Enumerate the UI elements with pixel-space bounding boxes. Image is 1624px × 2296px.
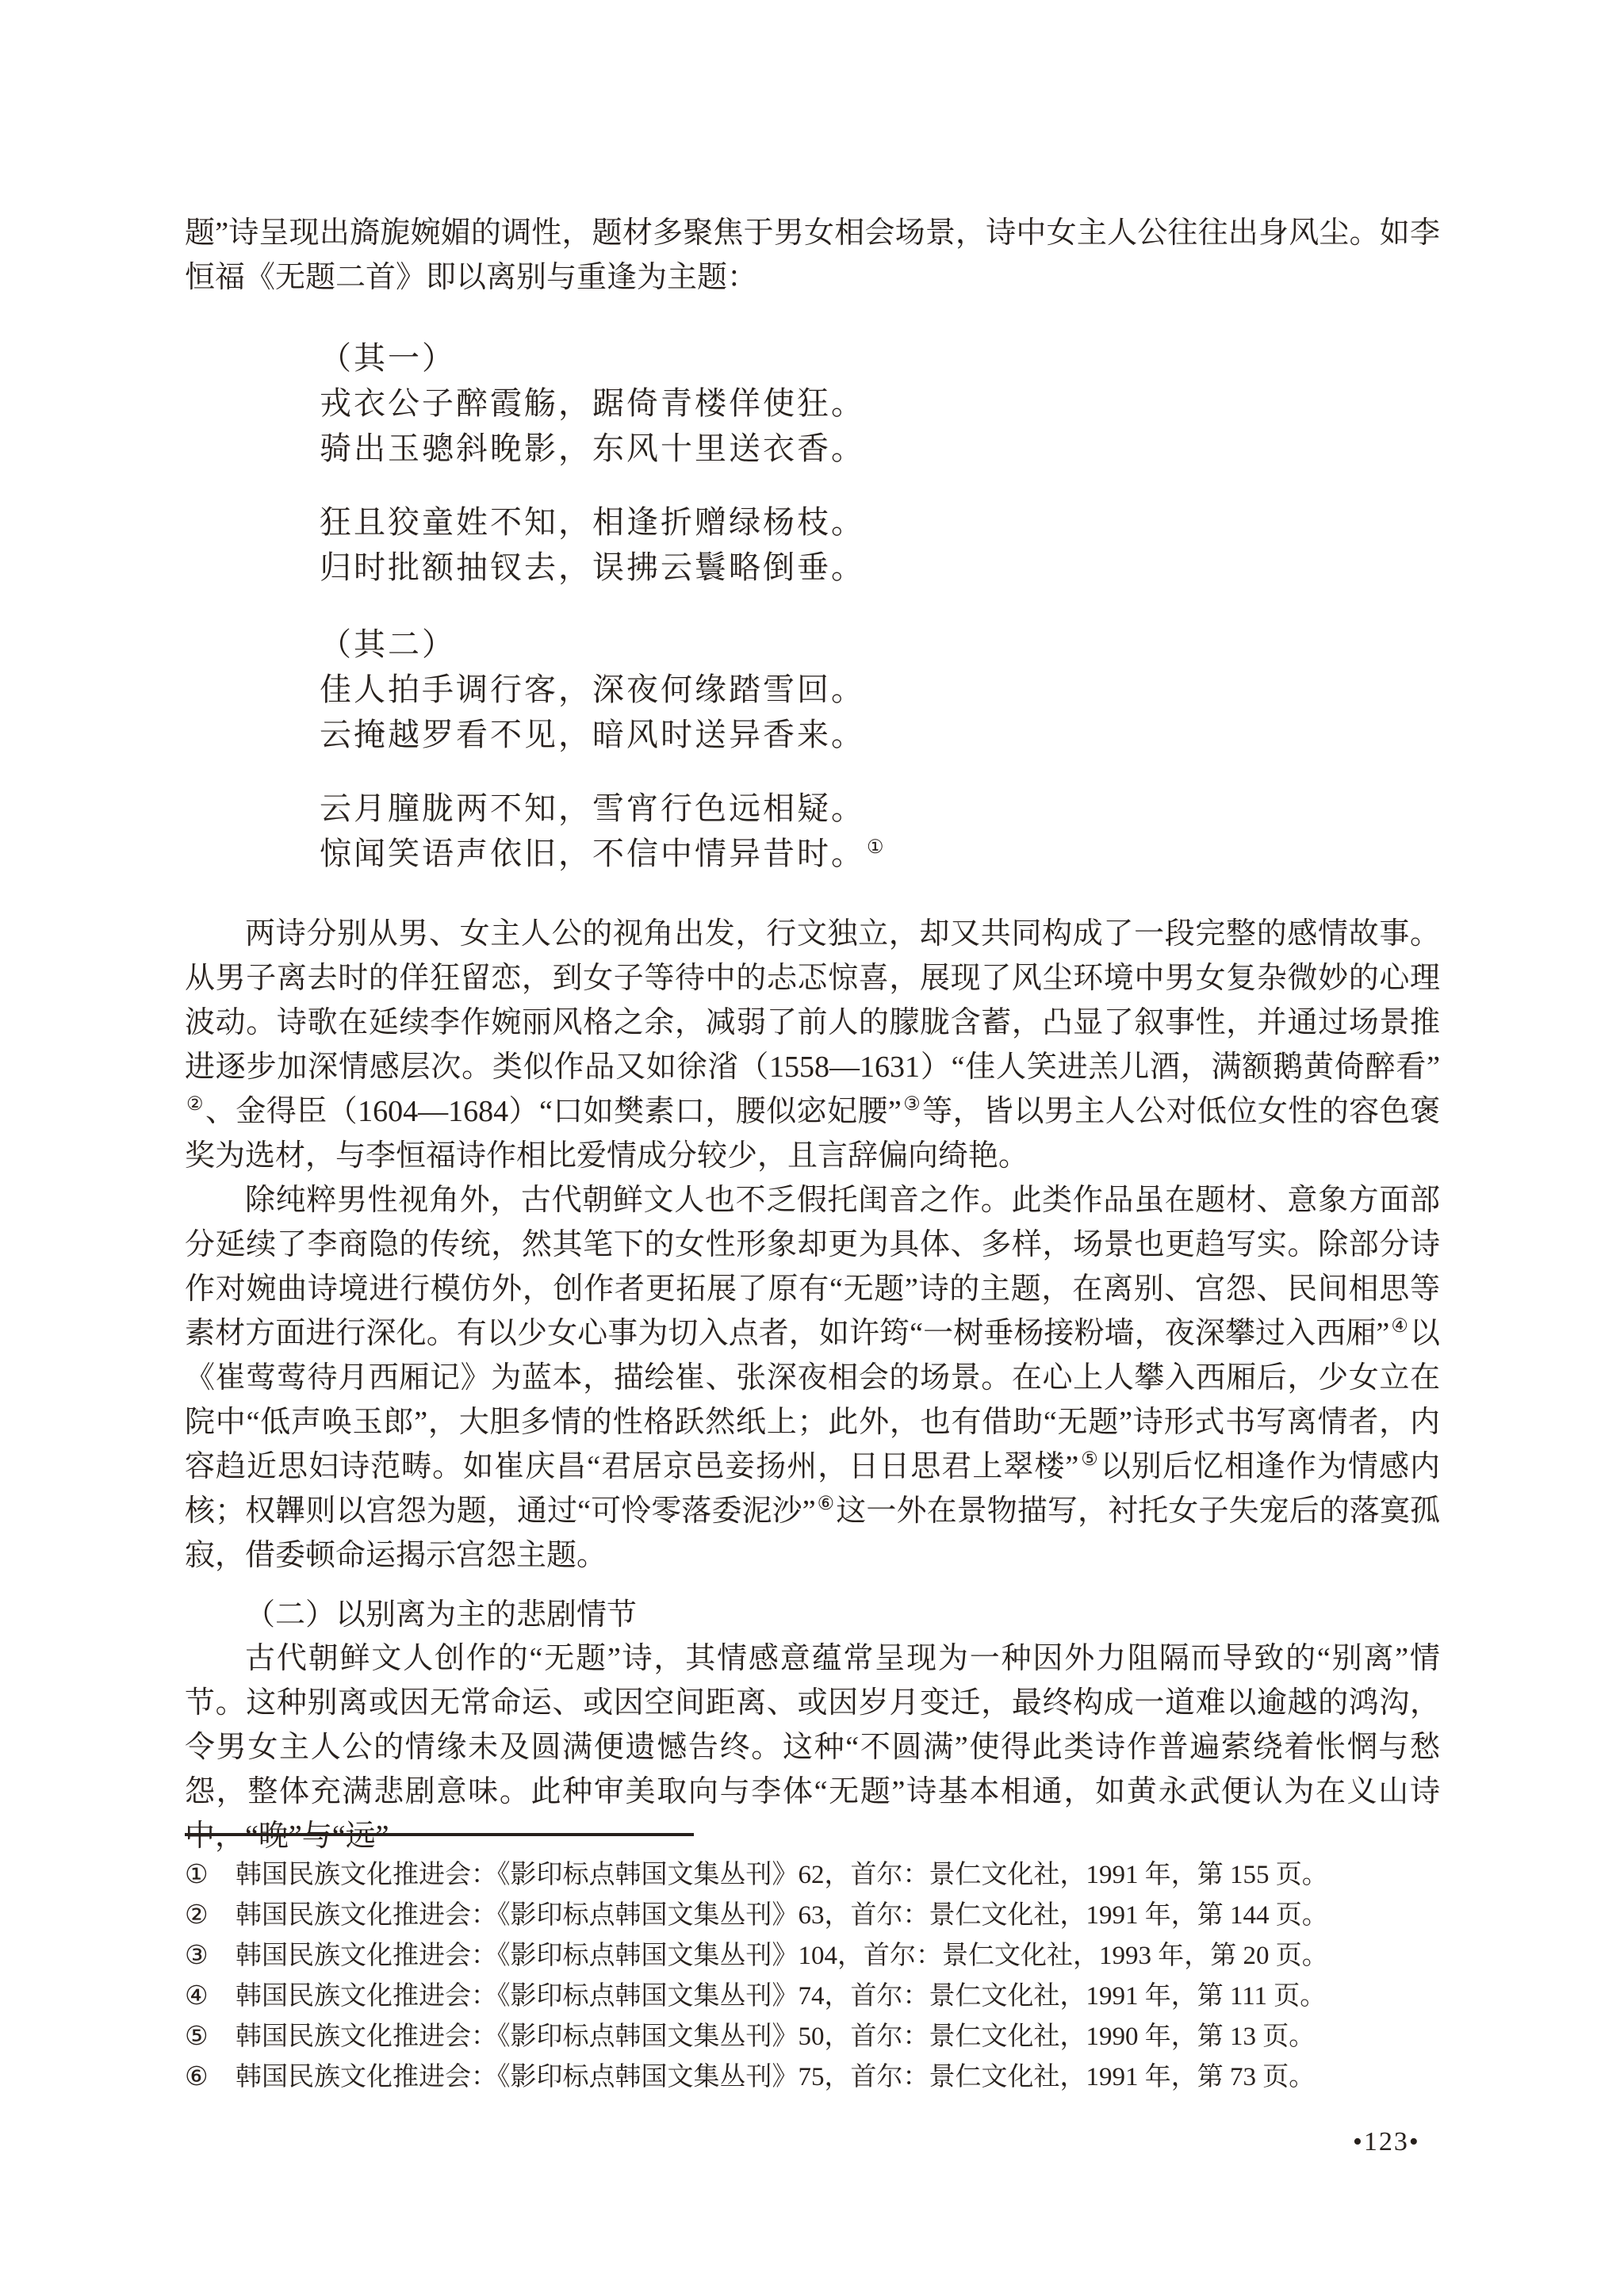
paragraph-analysis-3: 古代朝鲜文人创作的“无题”诗，其情感意蕴常呈现为一种因外力阻隔而导致的“别离”情… (185, 1636, 1440, 1858)
footnote-item: ⑤ 韩国民族文化推进会：《影印标点韩国文集丛刊》50，首尔：景仁文化社，1990… (185, 2017, 1440, 2057)
stanza-gap (320, 472, 1440, 500)
footnote-item: ④ 韩国民族文化推进会：《影印标点韩国文集丛刊》74，首尔：景仁文化社，1991… (185, 1976, 1440, 2017)
paragraph-analysis-2: 除纯粹男性视角外，古代朝鲜文人也不乏假托闺音之作。此类作品虽在题材、意象方面部分… (185, 1178, 1440, 1578)
section-heading: （二）以别离为主的悲剧情节 (185, 1592, 1440, 1636)
footnote-text: 韩国民族文化推进会：《影印标点韩国文集丛刊》50，首尔：景仁文化社，1990 年… (236, 2017, 1440, 2057)
footnote-text: 韩国民族文化推进会：《影印标点韩国文集丛刊》104，首尔：景仁文化社，1993 … (236, 1936, 1440, 1976)
poem-line: 归时批额抽钗去，误拂云鬟略倒垂。 (320, 545, 1440, 591)
poem-block: （其一） 戎衣公子醉霞觞，踞倚青楼佯使狂。 骑出玉骢斜睌影，东风十里送衣香。 狂… (320, 336, 1440, 877)
footnote-text: 韩国民族文化推进会：《影印标点韩国文集丛刊》62，首尔：景仁文化社，1991 年… (236, 1855, 1440, 1896)
page-body: 题”诗呈现出旖旎婉媚的调性，题材多聚焦于男女相会场景，诗中女主人公往往出身风尘。… (185, 211, 1440, 1858)
footnote-ref: ② (185, 1094, 205, 1115)
poem-part2-title: （其二） (320, 622, 1440, 668)
footnote-text: 韩国民族文化推进会：《影印标点韩国文集丛刊》74，首尔：景仁文化社，1991 年… (236, 1976, 1440, 2017)
footnote-number: ② (185, 1896, 236, 1936)
poem-line: 狂且狡童姓不知，相逢折赠绿杨枝。 (320, 500, 1440, 545)
footnote-number: ⑥ (185, 2057, 236, 2098)
footnote-item: ② 韩国民族文化推进会：《影印标点韩国文集丛刊》63，首尔：景仁文化社，1991… (185, 1896, 1440, 1936)
footnote-number: ④ (185, 1976, 236, 2017)
footnote-item: ① 韩国民族文化推进会：《影印标点韩国文集丛刊》62，首尔：景仁文化社，1991… (185, 1855, 1440, 1896)
footnote-number: ③ (185, 1936, 236, 1976)
footnote-text: 韩国民族文化推进会：《影印标点韩国文集丛刊》75，首尔：景仁文化社，1991 年… (236, 2057, 1440, 2098)
footnote-ref: ④ (1389, 1316, 1410, 1337)
poem-line: 惊闻笑语声依旧，不信中情异昔时。① (320, 832, 1440, 877)
footnote-ref: ③ (902, 1094, 922, 1115)
page-number: •123• (1353, 2126, 1420, 2158)
poem-line: 骑出玉骢斜睌影，东风十里送衣香。 (320, 427, 1440, 472)
footnote-text: 韩国民族文化推进会：《影印标点韩国文集丛刊》63，首尔：景仁文化社，1991 年… (236, 1896, 1440, 1936)
footnote-number: ① (185, 1855, 236, 1896)
footnote-item: ③ 韩国民族文化推进会：《影印标点韩国文集丛刊》104，首尔：景仁文化社，199… (185, 1936, 1440, 1976)
footnote-ref-1: ① (865, 836, 886, 858)
poem-line: 佳人拍手调行客，深夜何缘踏雪回。 (320, 668, 1440, 713)
poem-part-gap (320, 591, 1440, 622)
footnote-ref: ⑤ (1078, 1449, 1101, 1470)
poem-line: 云掩越罗看不见，暗风时送异香来。 (320, 713, 1440, 758)
footnote-number: ⑤ (185, 2017, 236, 2057)
footnotes-section: ① 韩国民族文化推进会：《影印标点韩国文集丛刊》62，首尔：景仁文化社，1991… (185, 1833, 1440, 2098)
footnote-ref: ⑥ (816, 1494, 837, 1514)
poem-line: 云月朣胧两不知，雪宵行色远相疑。 (320, 786, 1440, 832)
paragraph-analysis-1: 两诗分别从男、女主人公的视角出发，行文独立，却又共同构成了一段完整的感情故事。从… (185, 912, 1440, 1178)
poem-part1-title: （其一） (320, 336, 1440, 381)
footnote-divider (185, 1833, 694, 1836)
poem-line: 戎衣公子醉霞觞，踞倚青楼佯使狂。 (320, 381, 1440, 427)
paragraph-intro: 题”诗呈现出旖旎婉媚的调性，题材多聚焦于男女相会场景，诗中女主人公往往出身风尘。… (185, 211, 1440, 300)
poem-line-text: 惊闻笑语声依旧，不信中情异昔时。 (320, 836, 865, 872)
footnote-item: ⑥ 韩国民族文化推进会：《影印标点韩国文集丛刊》75，首尔：景仁文化社，1991… (185, 2057, 1440, 2098)
stanza-gap (320, 758, 1440, 786)
